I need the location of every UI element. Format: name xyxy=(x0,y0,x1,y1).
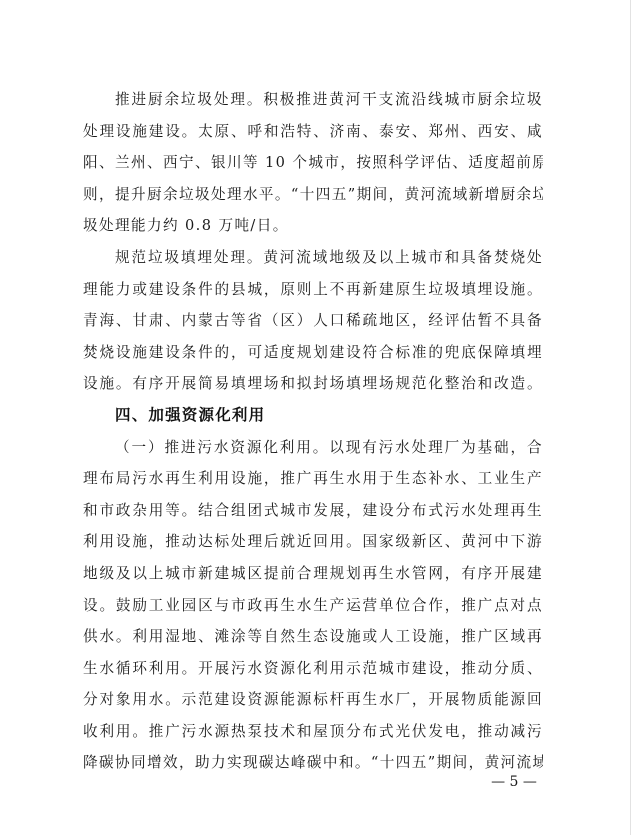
text-line: 收利用。推广污水源热泵技术和屋顶分布式光伏发电，推动减污 xyxy=(83,716,543,748)
text-line: 青海、甘肃、内蒙古等省（区）人口稀疏地区，经评估暂不具备 xyxy=(83,305,543,337)
text-line: 规范垃圾填埋处理。黄河流域地级及以上城市和具备焚烧处 xyxy=(83,242,543,274)
page-number: — 5 — xyxy=(486,770,542,794)
text-line: 处理设施建设。太原、呼和浩特、济南、泰安、郑州、西安、咸 xyxy=(83,116,543,148)
document-body: 推进厨余垃圾处理。积极推进黄河干支流沿线城市厨余垃圾 处理设施建设。太原、呼和浩… xyxy=(83,84,543,779)
text-line: 供水。利用湿地、滩涂等自然生态设施或人工设施，推广区域再 xyxy=(83,621,543,653)
text-line: 阳、兰州、西宁、银川等 10 个城市，按照科学评估、适度超前原 xyxy=(83,147,543,179)
paragraph-kitchen-waste: 推进厨余垃圾处理。积极推进黄河干支流沿线城市厨余垃圾 处理设施建设。太原、呼和浩… xyxy=(83,84,543,242)
text-line: 设。鼓励工业园区与市政再生水生产运营单位合作，推广点对点 xyxy=(83,590,543,622)
text-line: 设施。有序开展简易填埋场和拟封场填埋场规范化整治和改造。 xyxy=(83,368,543,400)
text-line: 推进厨余垃圾处理。积极推进黄河干支流沿线城市厨余垃圾 xyxy=(83,84,543,116)
text-line: 则，提升厨余垃圾处理水平。“十四五”期间，黄河流域新增厨余垃 xyxy=(83,179,543,211)
paragraph-sewage-reuse: （一）推进污水资源化利用。以现有污水处理厂为基础，合 理布局污水再生利用设施，推… xyxy=(83,432,543,780)
section-heading: 四、加强资源化利用 xyxy=(83,400,543,432)
page-edge xyxy=(630,0,631,835)
paragraph-landfill: 规范垃圾填埋处理。黄河流域地级及以上城市和具备焚烧处 理能力或建设条件的县城，原… xyxy=(83,242,543,400)
text-line: 圾处理能力约 0.8 万吨/日。 xyxy=(83,210,543,242)
text-line: 降碳协同增效，助力实现碳达峰碳中和。“十四五”期间，黄河流域 xyxy=(83,747,543,779)
text-line: 理布局污水再生利用设施，推广再生水用于生态补水、工业生产 xyxy=(83,463,543,495)
text-line: 分对象用水。示范建设资源能源标杆再生水厂，开展物质能源回 xyxy=(83,684,543,716)
text-line: 地级及以上城市新建城区提前合理规划再生水管网，有序开展建 xyxy=(83,558,543,590)
text-line: 利用设施，推动达标处理后就近回用。国家级新区、黄河中下游 xyxy=(83,526,543,558)
text-line: 焚烧设施建设条件的，可适度规划建设符合标准的兜底保障填埋 xyxy=(83,337,543,369)
text-line: 生水循环利用。开展污水资源化利用示范城市建设，推动分质、 xyxy=(83,653,543,685)
text-line: 和市政杂用等。结合组团式城市发展，建设分布式污水处理再生 xyxy=(83,495,543,527)
text-line: （一）推进污水资源化利用。以现有污水处理厂为基础，合 xyxy=(83,432,543,464)
text-line: 理能力或建设条件的县城，原则上不再新建原生垃圾填埋设施。 xyxy=(83,274,543,306)
